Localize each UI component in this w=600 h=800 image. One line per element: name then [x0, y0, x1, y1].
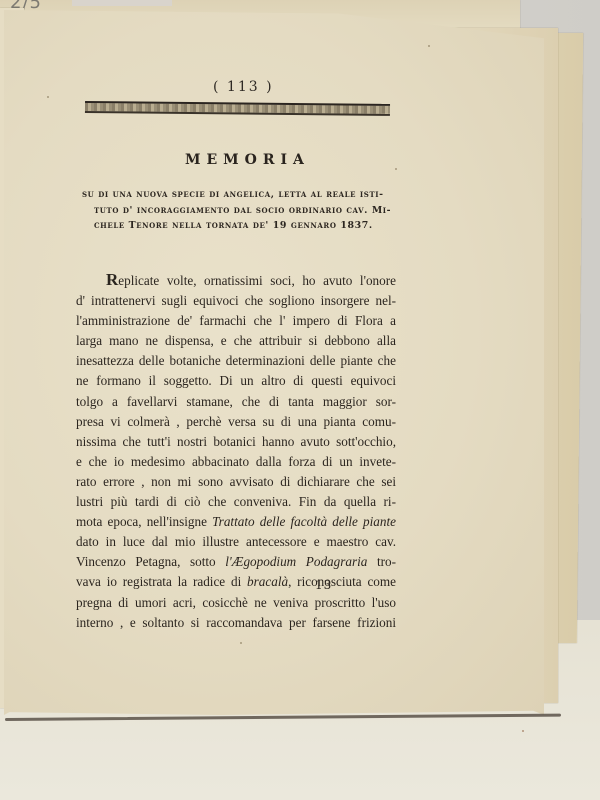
- body-line: ne formano il soggetto. Di un altro di q…: [76, 371, 396, 391]
- body-line: Vincenzo Petagna, sotto l'Ægopodium Poda…: [76, 552, 396, 572]
- body-line: inesattezza delle botaniche determinazio…: [76, 351, 396, 371]
- body-text: Replicate volte, ornatissimi soci, ho av…: [76, 270, 396, 633]
- body-line: tolgo a favellarvi stamane, che di tanta…: [76, 392, 396, 412]
- page-content: ( 113 ) MEMORIA su di una nuova specie d…: [0, 0, 600, 800]
- body-line: nissima che tutt'i nostri botanici hanno…: [76, 432, 396, 452]
- body-line: pregna di umori acri, cosicchè ne veniva…: [76, 593, 396, 613]
- drop-cap: R: [106, 270, 118, 289]
- body-line-text: tro-: [367, 554, 396, 569]
- subtitle: su di una nuova specie di angelica, lett…: [82, 187, 402, 234]
- body-line-text: Vincenzo Petagna, sotto: [76, 554, 225, 569]
- italic-plant-name: bracalà: [247, 574, 288, 589]
- body-line: interno , e soltanto si raccomandava per…: [76, 613, 396, 633]
- body-line-text: vava io registrata la radice di: [76, 574, 247, 589]
- body-line-text: mota epoca, nell'insigne: [76, 514, 212, 529]
- body-line: lustri più tardi di ciò che conveniva. F…: [76, 492, 396, 512]
- paper-speck: [522, 730, 524, 732]
- page-title: MEMORIA: [185, 152, 310, 168]
- body-line: mota epoca, nell'insigne Trattato delle …: [76, 512, 396, 532]
- body-line: presa vi colmerà , perchè versa su di un…: [76, 412, 396, 432]
- body-line: e che io medesimo abbacinato dalla forza…: [76, 452, 396, 472]
- body-line: rato errore , non mi sono avvisato di di…: [76, 472, 396, 492]
- subtitle-line: su di una nuova specie di angelica, lett…: [82, 187, 402, 203]
- body-line: vava io registrata la radice di bracalà,…: [76, 572, 396, 592]
- subtitle-line: chele Tenore nella tornata de' 19 gennar…: [82, 218, 402, 234]
- header-rule: [85, 101, 390, 116]
- body-line-text: , riconosciuta come: [288, 574, 396, 589]
- page-number: ( 113 ): [213, 79, 274, 95]
- body-line: d' intrattenervi sugli equivoci che sogl…: [76, 291, 396, 311]
- paper-speck: [395, 168, 397, 170]
- body-line: Replicate volte, ornatissimi soci, ho av…: [76, 270, 396, 291]
- paper-speck: [47, 96, 49, 98]
- body-line: dato in luce dal mio illustre antecessor…: [76, 532, 396, 552]
- subtitle-line: tuto d' incoraggiamento dal socio ordina…: [82, 203, 402, 219]
- body-line: l'amministrazione de' farmachi che l' im…: [76, 311, 396, 331]
- paper-speck: [240, 642, 242, 644]
- italic-species-name: l'Ægopodium Podagraria: [225, 554, 367, 569]
- body-line-text: eplicate volte, ornatissimi soci, ho avu…: [118, 273, 396, 288]
- italic-title: Trattato delle facoltà delle piante: [212, 514, 396, 529]
- body-line: larga mano ne dispensa, e che attribuir …: [76, 331, 396, 351]
- signature-mark: 13: [315, 578, 332, 592]
- paper-speck: [428, 45, 430, 47]
